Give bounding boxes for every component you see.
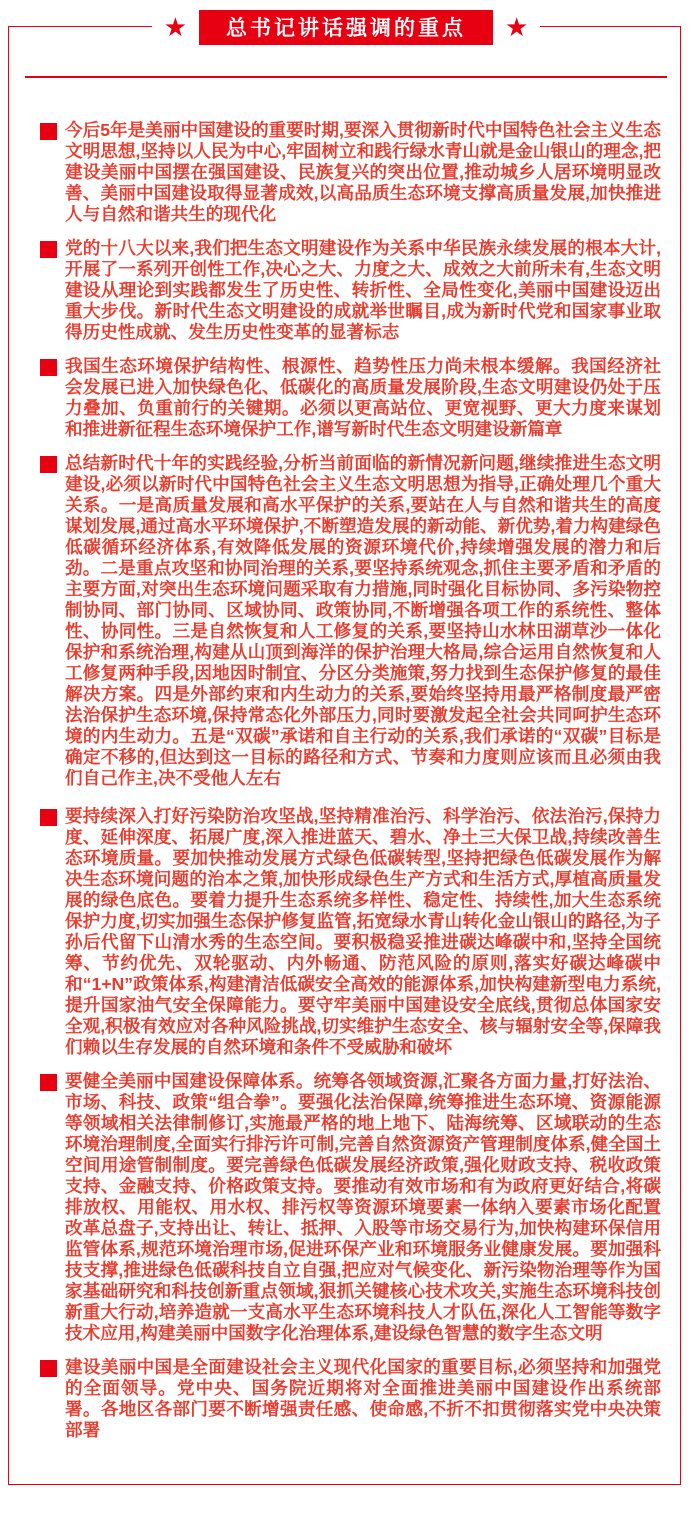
key-point-item: 我国生态环境保护结构性、根源性、趋势性压力尚未根本缓解。我国经济社会发展已进入加… [40,356,662,440]
square-bullet-icon [40,809,57,826]
key-point-text: 今后5年是美丽中国建设的重要时期,要深入贯彻新时代中国特色社会主义生态文明思想,… [65,120,661,225]
key-point-text: 我国生态环境保护结构性、根源性、趋势性压力尚未根本缓解。我国经济社会发展已进入加… [65,356,661,440]
key-point-item: 党的十八大以来,我们把生态文明建设作为关系中华民族永续发展的根本大计,开展了一系… [40,238,662,343]
page-root: { "header": { "title": "总书记讲话强调的重点" }, "… [0,0,692,1520]
key-point-item: 总结新时代十年的实践经验,分析当前面临的新情况新问题,继续推进生态文明建设,必须… [40,453,662,789]
key-point-text: 党的十八大以来,我们把生态文明建设作为关系中华民族永续发展的根本大计,开展了一系… [65,238,661,343]
square-bullet-icon [40,359,57,376]
key-point-item: 建设美丽中国是全面建设社会主义现代化国家的重要目标,必须坚持和加强党的全面领导。… [40,1357,662,1441]
header-banner: ★ 总书记讲话强调的重点 ★ [0,9,692,45]
square-bullet-icon [40,123,57,140]
square-bullet-icon [40,241,57,258]
star-icon: ★ [152,9,199,45]
header-divider [25,76,667,78]
key-point-text: 建设美丽中国是全面建设社会主义现代化国家的重要目标,必须坚持和加强党的全面领导。… [65,1357,661,1441]
key-points-list: 今后5年是美丽中国建设的重要时期,要深入贯彻新时代中国特色社会主义生态文明思想,… [40,120,662,1454]
star-icon: ★ [493,9,540,45]
key-point-text: 要健全美丽中国建设保障体系。统筹各领域资源,汇聚各方面力量,打好法治、市场、科技… [65,1071,661,1344]
key-point-text: 总结新时代十年的实践经验,分析当前面临的新情况新问题,继续推进生态文明建设,必须… [65,453,661,789]
page-title: 总书记讲话强调的重点 [199,10,493,45]
key-point-item: 要持续深入打好污染防治攻坚战,坚持精准治污、科学治污、依法治污,保持力度、延伸深… [40,806,662,1058]
key-point-item: 要健全美丽中国建设保障体系。统筹各领域资源,汇聚各方面力量,打好法治、市场、科技… [40,1071,662,1344]
square-bullet-icon [40,456,57,473]
key-point-text: 要持续深入打好污染防治攻坚战,坚持精准治污、科学治污、依法治污,保持力度、延伸深… [65,806,661,1058]
key-point-item: 今后5年是美丽中国建设的重要时期,要深入贯彻新时代中国特色社会主义生态文明思想,… [40,120,662,225]
square-bullet-icon [40,1074,57,1091]
square-bullet-icon [40,1360,57,1377]
